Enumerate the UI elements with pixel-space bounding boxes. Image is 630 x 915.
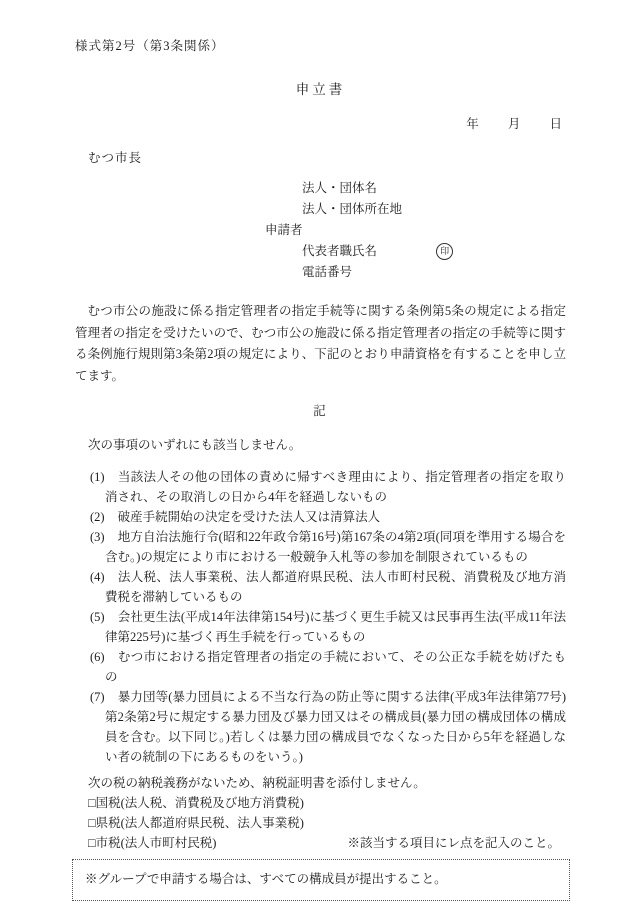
form-number: 様式第2号（第3条関係） (75, 36, 566, 54)
clause-number: (3) (90, 530, 105, 544)
org-address-row: 法人・団体所在地 (265, 199, 566, 220)
declaration-intro: 次の事項のいずれにも該当しません。 (75, 435, 566, 453)
seal-mark-icon: 印 (436, 243, 453, 260)
clause-text: 破産手続開始の決定を受けた法人又は清算法人 (118, 510, 381, 524)
tax-item-national: □ 国税(法人税、消費税及び地方消費税) (88, 793, 566, 813)
footer-note: ※グループで申請する場合は、すべての構成員が提出すること。 (85, 872, 447, 886)
clause-item: (5)会社更生法(平成14年法律第154号)に基づく更生手続又は民事再生法(平成… (75, 607, 566, 647)
clause-number: (7) (90, 690, 105, 704)
date-month-label: 月 (508, 114, 521, 132)
clause-text: 当該法人その他の団体の責めに帰すべき理由により、指定管理者の指定を取り消され、そ… (105, 470, 566, 504)
clause-text: 暴力団等(暴力団員による不当な行為の防止等に関する法律(平成3年法律第77号)第… (105, 690, 566, 764)
tax-item-label: 国税(法人税、消費税及び地方消費税) (96, 793, 304, 813)
clause-number: (2) (90, 510, 105, 524)
checkbox-municipal-tax[interactable]: □ (88, 833, 96, 853)
clause-item: (2)破産手続開始の決定を受けた法人又は清算法人 (75, 507, 566, 527)
tax-item-municipal: □ 市税(法人市町村民税) ※該当する項目にレ点を記入のこと。 (88, 833, 566, 853)
org-address-label: 法人・団体所在地 (302, 202, 402, 216)
date-day-label: 日 (549, 114, 562, 132)
body-paragraph: むつ市公の施設に係る指定管理者の指定手続等に関する条例第5条の規定による指定管理… (75, 301, 566, 387)
representative-label: 代表者職氏名 (302, 244, 377, 258)
clause-text: 地方自治法施行令(昭和22年政令第16号)第167条の4第2項(同項を準用する場… (105, 530, 566, 564)
clause-list: (1)当該法人その他の団体の責めに帰すべき理由により、指定管理者の指定を取り消さ… (75, 467, 566, 767)
tax-check-note: ※該当する項目にレ点を記入のこと。 (347, 833, 560, 853)
checkbox-national-tax[interactable]: □ (88, 793, 96, 813)
addressee: むつ市長 (75, 148, 566, 166)
clause-text: むつ市における指定管理者の指定の手続において、その公正な手続を妨げたもの (105, 650, 566, 684)
tax-item-prefectural: □ 県税(法人都道府県民税、法人事業税) (88, 813, 566, 833)
tax-item-label: 県税(法人都道府県民税、法人事業税) (96, 813, 304, 833)
document-title: 申立書 (75, 78, 566, 98)
applicant-label: 申請者 (265, 223, 303, 237)
date-year-label: 年 (466, 117, 479, 131)
phone-label: 電話番号 (302, 265, 352, 279)
document-page: 様式第2号（第3条関係） 申立書 年 月 日 むつ市長 法人・団体名 法人・団体… (0, 0, 630, 915)
date-line: 年 月 日 (75, 114, 566, 132)
applicant-label-row: 申請者 (265, 220, 566, 241)
clause-number: (4) (90, 570, 105, 584)
clause-text: 法人税、法人事業税、法人都道府県民税、法人市町村民税、消費税及び地方消費税を滞納… (105, 570, 566, 604)
clause-item: (1)当該法人その他の団体の責めに帰すべき理由により、指定管理者の指定を取り消さ… (75, 467, 566, 507)
clause-item: (6)むつ市における指定管理者の指定の手続において、その公正な手続を妨げたもの (75, 647, 566, 687)
clause-number: (5) (90, 610, 105, 624)
tax-item-label: 市税(法人市町村民税) (96, 833, 217, 853)
representative-row: 代表者職氏名 印 (265, 241, 566, 262)
clause-item: (3)地方自治法施行令(昭和22年政令第16号)第167条の4第2項(同項を準用… (75, 527, 566, 567)
clause-text: 会社更生法(平成14年法律第154号)に基づく更生手続又は民事再生法(平成11年… (105, 610, 566, 644)
tax-intro: 次の税の納税義務がないため、納税証明書を添付しません。 (88, 773, 566, 793)
clause-number: (6) (90, 650, 105, 664)
record-heading: 記 (75, 401, 566, 419)
footer-note-box: ※グループで申請する場合は、すべての構成員が提出すること。 (72, 859, 570, 901)
clause-number: (1) (90, 470, 105, 484)
tax-section: 次の税の納税義務がないため、納税証明書を添付しません。 □ 国税(法人税、消費税… (75, 773, 566, 853)
org-name-row: 法人・団体名 (265, 178, 566, 199)
checkbox-prefectural-tax[interactable]: □ (88, 813, 96, 833)
phone-row: 電話番号 (265, 262, 566, 283)
clause-item: (7)暴力団等(暴力団員による不当な行為の防止等に関する法律(平成3年法律第77… (75, 687, 566, 767)
applicant-block: 法人・団体名 法人・団体所在地 申請者 代表者職氏名 印 電話番号 (265, 178, 566, 283)
clause-item: (4)法人税、法人事業税、法人都道府県民税、法人市町村民税、消費税及び地方消費税… (75, 567, 566, 607)
org-name-label: 法人・団体名 (302, 181, 377, 195)
